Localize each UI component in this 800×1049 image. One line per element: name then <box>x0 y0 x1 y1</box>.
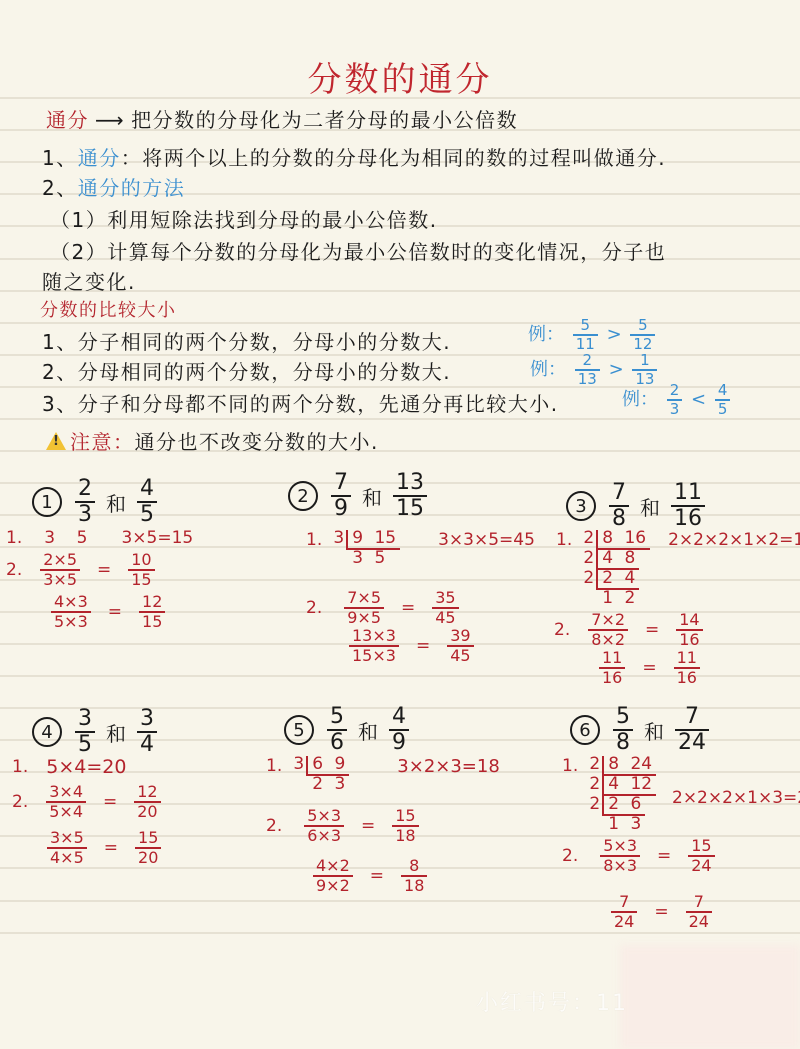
numerator: 12 <box>134 784 160 801</box>
and-label: 和 <box>106 488 126 517</box>
divisor: 2 <box>586 756 602 776</box>
step-label: 2. <box>306 598 322 618</box>
fraction: 1215 <box>139 594 165 630</box>
numerator: 5×3 <box>304 808 344 825</box>
note-line: 注意：通分也不改变分数的大小. <box>46 426 379 455</box>
numerator: 3×4 <box>46 784 86 801</box>
numerator: 3 <box>75 708 95 731</box>
fraction: 78 <box>609 482 629 530</box>
step-label: 1. <box>556 530 572 550</box>
divisor <box>330 550 346 568</box>
fraction: 3×45×4 <box>46 784 86 820</box>
fraction: 511 <box>573 318 598 352</box>
numerator: 7 <box>691 894 707 911</box>
denominator: 16 <box>671 505 705 530</box>
fraction: 23 <box>667 383 683 417</box>
section-2-prefix: 2、 <box>42 176 78 200</box>
method-step-1: （1）利用短除法找到分母的最小公倍数. <box>50 204 438 233</box>
denominator: 9×5 <box>344 607 384 626</box>
dividends: 4 8 <box>596 550 639 570</box>
and-label: 和 <box>640 492 660 521</box>
section-1-text: 将两个以上的分数的分母化为相同的数的过程叫做通分. <box>142 146 666 170</box>
denominator: 9 <box>331 495 351 520</box>
divisor: 3 <box>330 530 346 550</box>
numerator: 13×3 <box>349 628 399 645</box>
section-1-prefix: 1、 <box>42 146 78 170</box>
numerator: 7 <box>616 894 632 911</box>
numerator: 7 <box>331 472 351 495</box>
division-row: 2 3 <box>290 776 349 794</box>
denominator: 20 <box>134 801 160 820</box>
short-division: 39 15 3 5 <box>330 530 400 568</box>
equals: = <box>654 902 668 922</box>
denominator: 12 <box>630 334 655 352</box>
step-1: 1. 28 24 24 12 22 6 1 3 <box>562 756 656 833</box>
denominator: 5 <box>137 501 157 526</box>
compare-example-1: 例： 511 > 512 <box>528 318 658 352</box>
divisor: 2 <box>580 550 596 570</box>
fraction: 2×53×5 <box>40 552 80 588</box>
fraction: 818 <box>401 858 427 894</box>
numerator: 4×2 <box>313 858 353 875</box>
fraction: 1520 <box>135 830 161 866</box>
fraction: 79 <box>331 472 351 520</box>
step-2-row-1: 2. 5×36×3 = 1518 <box>266 808 422 844</box>
denominator: 24 <box>688 855 714 874</box>
numerator: 4 <box>389 706 409 729</box>
denominator: 9 <box>389 729 409 754</box>
step-label: 1. <box>266 756 282 776</box>
equals: = <box>370 866 384 886</box>
fraction: 49 <box>389 706 409 754</box>
numerator: 2 <box>580 353 596 369</box>
numerator: 1 <box>637 353 653 369</box>
denominator: 3 <box>75 501 95 526</box>
circled-number: 3 <box>566 491 596 521</box>
divisor <box>580 590 596 608</box>
step-1: 1. 5×4=20 <box>12 756 126 778</box>
divisor <box>586 816 602 834</box>
numerator: 10 <box>128 552 154 569</box>
numerator: 11 <box>674 650 700 667</box>
fraction: 45 <box>715 383 731 417</box>
problem-2-heading: 2 79 和 1315 <box>288 472 430 520</box>
section-1-colon: ： <box>121 146 143 170</box>
numerator: 4×3 <box>51 594 91 611</box>
numerator: 13 <box>393 472 427 495</box>
denominator: 8×2 <box>588 629 628 648</box>
division-row: 3 5 <box>330 550 400 568</box>
page-title: 分数的通分 <box>0 52 800 101</box>
step-2-row-2: 4×35×3 = 1215 <box>48 594 168 630</box>
numerator: 2 <box>667 383 683 399</box>
compare-rule-1: 1、分子相同的两个分数，分母小的分数大. <box>42 326 451 355</box>
step-label: 2. <box>6 560 22 580</box>
numerator: 5×3 <box>600 838 640 855</box>
lcm-result: 5×4=20 <box>46 756 126 778</box>
step-2-row-2: 724 = 724 <box>608 894 715 930</box>
arrow-icon: ⟶ <box>95 108 125 132</box>
denominator: 8×3 <box>600 855 640 874</box>
numerator: 5 <box>578 318 594 334</box>
numerator: 15 <box>135 830 161 847</box>
fraction: 4×29×2 <box>313 858 353 894</box>
numerator: 3 <box>137 708 157 731</box>
equals: = <box>103 792 117 812</box>
fraction: 56 <box>327 706 347 754</box>
fraction: 1116 <box>599 650 625 686</box>
lcm-result: 3×2×3=18 <box>397 756 500 777</box>
fraction: 7×28×2 <box>588 612 628 648</box>
section-1-term: 通分 <box>78 146 121 170</box>
denominator: 18 <box>392 825 418 844</box>
step-2-row-1: 2. 3×45×4 = 1220 <box>12 784 164 820</box>
watermark-blur <box>620 945 800 1049</box>
comparison-operator: < <box>691 389 706 410</box>
denominator: 15 <box>139 611 165 630</box>
ruled-line <box>0 322 800 324</box>
problem-3-heading: 3 78 和 1116 <box>566 482 708 530</box>
fraction: 1220 <box>134 784 160 820</box>
denominator: 16 <box>676 629 702 648</box>
step-label: 2. <box>562 846 578 866</box>
denominator: 24 <box>611 911 637 930</box>
division-row: 24 12 <box>586 776 656 796</box>
denominator: 9×2 <box>313 875 353 894</box>
step-2-row-2: 3×54×5 = 1520 <box>44 830 164 866</box>
numerator: 5 <box>635 318 651 334</box>
numerator: 7 <box>682 706 702 729</box>
denominator: 3×5 <box>40 569 80 588</box>
fraction: 1015 <box>128 552 154 588</box>
numerator: 3×5 <box>47 830 87 847</box>
fraction: 3×54×5 <box>47 830 87 866</box>
lcm-result: 3×5=15 <box>121 528 193 548</box>
ruled-line <box>0 932 800 934</box>
divisor: 2 <box>586 796 602 816</box>
fraction: 1524 <box>688 838 714 874</box>
section-1: 1、通分：将两个以上的分数的分母化为相同的数的过程叫做通分. <box>42 142 666 171</box>
fraction: 113 <box>632 353 657 387</box>
method-step-2: （2）计算每个分数的分母化为最小公倍数时的变化情况，分子也 <box>50 236 666 265</box>
circled-number: 5 <box>284 715 314 745</box>
compare-rule-2: 2、分母相同的两个分数，分母小的分数大. <box>42 356 451 385</box>
fraction: 1315 <box>393 472 427 520</box>
numerator: 4 <box>715 383 731 399</box>
circled-number: 4 <box>32 717 62 747</box>
circled-number: 6 <box>570 715 600 745</box>
problem-5-heading: 5 56 和 49 <box>284 706 412 754</box>
numerator: 39 <box>447 628 473 645</box>
fraction: 4×35×3 <box>51 594 91 630</box>
step-2-row-1: 2. 5×38×3 = 1524 <box>562 838 718 874</box>
fraction: 3945 <box>447 628 473 664</box>
denominator: 6 <box>327 729 347 754</box>
numerator: 7×5 <box>344 590 384 607</box>
equals: = <box>657 846 671 866</box>
step-2-row-1: 2. 2×53×5 = 1015 <box>6 552 158 588</box>
numerator: 11 <box>599 650 625 667</box>
denominator: 15 <box>128 569 154 588</box>
lcm-result: 2×2×2×1×3=24 <box>672 788 800 808</box>
numerator: 11 <box>671 482 705 505</box>
numerator: 8 <box>406 858 422 875</box>
compare-heading: 分数的比较大小 <box>40 296 177 322</box>
fraction: 724 <box>686 894 712 930</box>
equals: = <box>361 816 375 836</box>
lcm-result-row: 2×2×2×1×3=24 <box>672 788 800 808</box>
numerator: 5 <box>613 706 633 729</box>
division-row: 28 24 <box>586 756 656 776</box>
denominator: 45 <box>432 607 458 626</box>
divisor: 3 <box>290 756 306 776</box>
division-row: 28 16 <box>580 530 650 550</box>
dividends: 8 24 <box>602 756 656 776</box>
section-2-title: 通分的方法 <box>78 176 186 200</box>
example-label: 例： <box>622 389 658 410</box>
denominator: 4 <box>137 731 157 756</box>
denominator: 15 <box>393 495 427 520</box>
compare-example-2: 例： 213 > 113 <box>530 353 660 387</box>
division-row: 39 15 <box>330 530 400 550</box>
fraction: 23 <box>75 478 95 526</box>
fraction: 512 <box>630 318 655 352</box>
denominator: 11 <box>573 334 598 352</box>
dividends: 6 9 <box>306 756 349 776</box>
numerator: 4 <box>137 478 157 501</box>
problem-6-heading: 6 58 和 724 <box>570 706 712 754</box>
denominators: 3 5 <box>44 528 87 548</box>
method-step-2-cont: 随之变化. <box>42 266 136 295</box>
step-2-row-2: 4×29×2 = 818 <box>310 858 430 894</box>
step-1: 1. 3 5 3×5=15 <box>6 528 193 548</box>
lcm-result: 2×2×2×1×2=16 <box>668 530 800 550</box>
step-1: 1. 36 9 2 3 3×2×3=18 <box>266 756 500 794</box>
numerator: 2×5 <box>40 552 80 569</box>
and-label: 和 <box>358 716 378 745</box>
step-label: 1. <box>12 757 28 777</box>
definition-term: 通分 <box>46 108 89 132</box>
example-label: 例： <box>528 324 564 345</box>
denominator: 5×4 <box>46 801 86 820</box>
step-2-row-2: 13×315×3 = 3945 <box>346 628 477 664</box>
step-1: 1. 39 15 3 5 3×3×5=45 <box>306 530 535 568</box>
equals: = <box>645 620 659 640</box>
numerator: 35 <box>432 590 458 607</box>
fraction: 13×315×3 <box>349 628 399 664</box>
fraction: 45 <box>137 478 157 526</box>
dividends: 2 4 <box>596 570 639 590</box>
fraction: 213 <box>575 353 600 387</box>
note-text: 通分也不改变分数的大小. <box>135 430 379 454</box>
division-row: 36 9 <box>290 756 349 776</box>
fraction: 724 <box>675 706 709 754</box>
short-division: 36 9 2 3 <box>290 756 349 794</box>
ruled-line <box>0 418 800 420</box>
quotients: 1 2 <box>596 590 639 608</box>
equals: = <box>97 560 111 580</box>
division-row: 1 3 <box>586 816 656 834</box>
denominator: 6×3 <box>304 825 344 844</box>
denominator: 5 <box>715 399 731 417</box>
fraction: 58 <box>613 706 633 754</box>
fraction: 7×59×5 <box>344 590 384 626</box>
dividends: 4 12 <box>602 776 656 796</box>
numerator: 15 <box>688 838 714 855</box>
equals: = <box>108 602 122 622</box>
division-row: 22 4 <box>580 570 650 590</box>
step-2-row-1: 2. 7×59×5 = 3545 <box>306 590 462 626</box>
equals: = <box>416 636 430 656</box>
quotients: 1 3 <box>602 816 645 834</box>
circled-number: 2 <box>288 481 318 511</box>
denominator: 24 <box>686 911 712 930</box>
equals: = <box>104 838 118 858</box>
circled-number: 1 <box>32 487 62 517</box>
numerator: 2 <box>75 478 95 501</box>
step-label: 1. <box>306 530 322 550</box>
denominator: 8 <box>609 505 629 530</box>
step-label: 2. <box>554 620 570 640</box>
quotients: 3 5 <box>346 550 389 568</box>
note-label: 注意： <box>70 430 135 454</box>
division-row: 22 6 <box>586 796 656 816</box>
denominator: 3 <box>667 399 683 417</box>
division-row: 24 8 <box>580 550 650 570</box>
dividends: 2 6 <box>602 796 645 816</box>
comparison-operator: > <box>607 324 622 345</box>
fraction: 724 <box>611 894 637 930</box>
fraction: 5×36×3 <box>304 808 344 844</box>
dividends: 9 15 <box>346 530 400 550</box>
dividends: 8 16 <box>596 530 650 550</box>
fraction: 3545 <box>432 590 458 626</box>
denominator: 24 <box>675 729 709 754</box>
step-1: 1. 28 16 24 8 22 4 1 2 2×2×2×1×2=16 <box>556 530 800 607</box>
lcm-result: 3×3×5=45 <box>438 530 535 550</box>
step-label: 2. <box>12 792 28 812</box>
division-row: 1 2 <box>580 590 650 608</box>
compare-rule-3: 3、分子和分母都不同的两个分数，先通分再比较大小. <box>42 388 559 417</box>
denominator: 16 <box>674 667 700 686</box>
definition-text: 把分数的分母化为二者分母的最小公倍数 <box>131 108 518 132</box>
numerator: 14 <box>676 612 702 629</box>
problem-4-heading: 4 35 和 34 <box>32 708 160 756</box>
comparison-operator: > <box>609 359 624 380</box>
definition-line: 通分⟶把分数的分母化为二者分母的最小公倍数 <box>46 104 518 133</box>
step-label: 1. <box>6 528 22 548</box>
numerator: 5 <box>327 706 347 729</box>
fraction: 1518 <box>392 808 418 844</box>
fraction: 35 <box>75 708 95 756</box>
watermark: 小红书号：11 <box>476 986 628 1017</box>
step-2-row-2: 1116 = 1116 <box>596 650 703 686</box>
fraction: 5×38×3 <box>600 838 640 874</box>
fraction: 1116 <box>674 650 700 686</box>
section-2-heading: 2、通分的方法 <box>42 172 185 201</box>
numerator: 12 <box>139 594 165 611</box>
fraction: 1416 <box>676 612 702 648</box>
divisor <box>290 776 306 794</box>
quotients: 2 3 <box>306 776 349 794</box>
step-label: 2. <box>266 816 282 836</box>
step-2-row-1: 2. 7×28×2 = 1416 <box>554 612 706 648</box>
divisor: 2 <box>580 530 596 550</box>
numerator: 7 <box>609 482 629 505</box>
equals: = <box>401 598 415 618</box>
and-label: 和 <box>106 718 126 747</box>
numerator: 7×2 <box>588 612 628 629</box>
short-division: 28 24 24 12 22 6 1 3 <box>586 756 656 833</box>
denominator: 15×3 <box>349 645 399 664</box>
divisor: 2 <box>580 570 596 590</box>
denominator: 13 <box>575 369 600 387</box>
compare-example-3: 例： 23 < 45 <box>622 383 733 417</box>
denominator: 18 <box>401 875 427 894</box>
denominator: 8 <box>613 729 633 754</box>
example-label: 例： <box>530 359 566 380</box>
short-division: 28 16 24 8 22 4 1 2 <box>580 530 650 607</box>
fraction: 34 <box>137 708 157 756</box>
denominator: 16 <box>599 667 625 686</box>
denominator: 5 <box>75 731 95 756</box>
and-label: 和 <box>362 482 382 511</box>
denominator: 45 <box>447 645 473 664</box>
step-label: 1. <box>562 756 578 776</box>
denominator: 4×5 <box>47 847 87 866</box>
and-label: 和 <box>644 716 664 745</box>
warning-icon <box>46 432 66 450</box>
problem-1-heading: 1 23 和 45 <box>32 478 160 526</box>
numerator: 15 <box>392 808 418 825</box>
equals: = <box>642 658 656 678</box>
divisor: 2 <box>586 776 602 796</box>
denominator: 20 <box>135 847 161 866</box>
denominator: 5×3 <box>51 611 91 630</box>
fraction: 1116 <box>671 482 705 530</box>
